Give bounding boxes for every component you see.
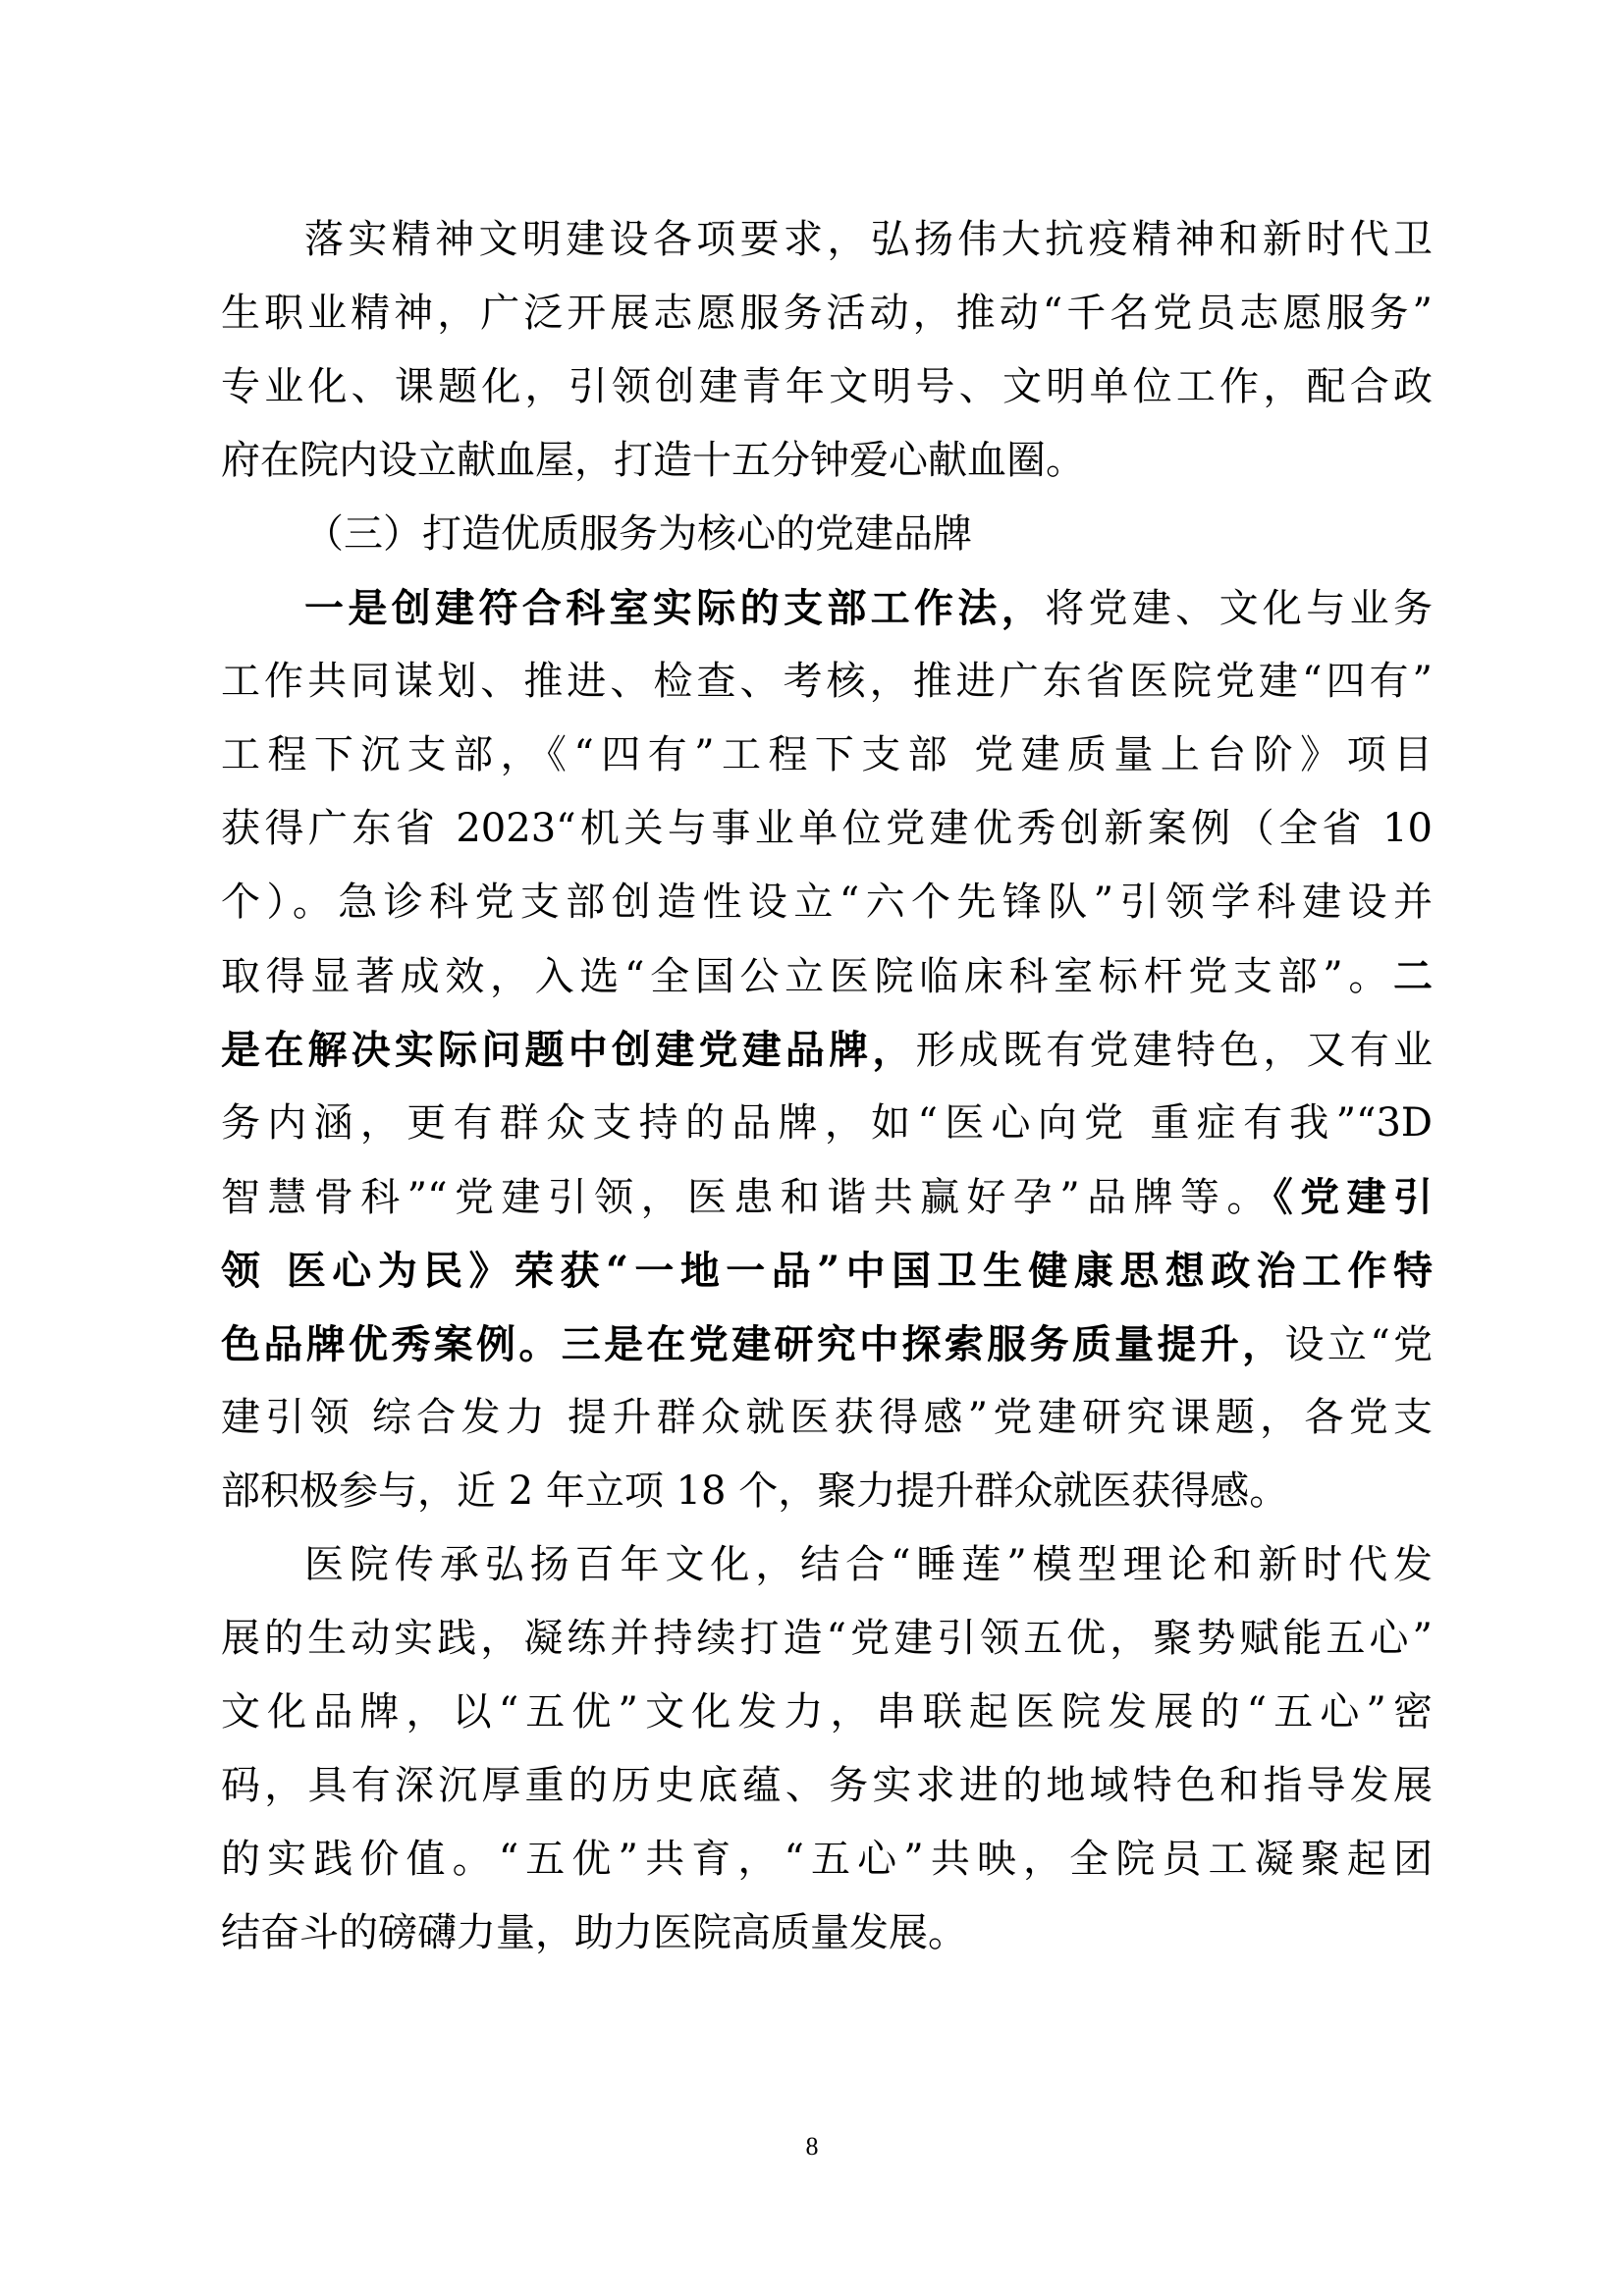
text-line: 专业化、课题化，引领创建青年文明号、文明单位工作，配合政	[221, 350, 1433, 424]
text-segment: 展的生动实践，凝练并持续打造“党建引领五优，聚势赋能五心”	[221, 1616, 1433, 1661]
paragraph: 落实精神文明建设各项要求，弘扬伟大抗疫精神和新时代卫生职业精神，广泛开展志愿服务…	[221, 203, 1433, 498]
text-line: 部积极参与，近 2 年立项 18 个，聚力提升群众就医获得感。	[221, 1455, 1433, 1528]
text-segment: 生职业精神，广泛开展志愿服务活动，推动“千名党员志愿服务”	[221, 291, 1433, 336]
text-segment: 设立“党	[1285, 1322, 1433, 1367]
page-number: 8	[0, 2130, 1624, 2163]
text-line: 一是创建符合科室实际的支部工作法，将党建、文化与业务	[221, 571, 1433, 645]
text-line: 生职业精神，广泛开展志愿服务活动，推动“千名党员志愿服务”	[221, 277, 1433, 350]
text-segment: 智慧骨科”“党建引领，医患和谐共赢好孕”品牌等。	[221, 1175, 1273, 1220]
text-segment: 形成既有党建特色，又有业	[916, 1028, 1433, 1073]
text-line: 工程下沉支部，《“四有”工程下支部 党建质量上台阶》项目	[221, 719, 1433, 792]
text-line: 的实践价值。“五优”共育，“五心”共映，全院员工凝聚起团	[221, 1823, 1433, 1896]
text-segment: 工作共同谋划、推进、检查、考核，推进广东省医院党建“四有”	[221, 659, 1433, 704]
text-segment: 落实精神文明建设各项要求，弘扬伟大抗疫精神和新时代卫	[304, 217, 1433, 262]
text-segment: 结奋斗的磅礴力量，助力医院高质量发展。	[221, 1910, 967, 1955]
text-line: 个）。急诊科党支部创造性设立“六个先锋队”引领学科建设并	[221, 866, 1433, 939]
text-segment: 个）。急诊科党支部创造性设立“六个先锋队”引领学科建设并	[221, 880, 1433, 925]
text-segment: （三）打造优质服务为核心的党建品牌	[304, 511, 972, 557]
text-line: 色品牌优秀案例。三是在党建研究中探索服务质量提升，设立“党	[221, 1308, 1433, 1381]
body-text: 落实精神文明建设各项要求，弘扬伟大抗疫精神和新时代卫生职业精神，广泛开展志愿服务…	[221, 203, 1433, 1970]
text-segment: 建引领 综合发力 提升群众就医获得感”党建研究课题，各党支	[221, 1395, 1433, 1440]
heading-line: （三）打造优质服务为核心的党建品牌	[221, 498, 1433, 571]
document-page: 落实精神文明建设各项要求，弘扬伟大抗疫精神和新时代卫生职业精神，广泛开展志愿服务…	[0, 0, 1624, 2296]
text-line: 建引领 综合发力 提升群众就医获得感”党建研究课题，各党支	[221, 1381, 1433, 1455]
paragraph: 医院传承弘扬百年文化，结合“睡莲”模型理论和新时代发展的生动实践，凝练并持续打造…	[221, 1528, 1433, 1970]
text-line: 获得广东省 2023“机关与事业单位党建优秀创新案例（全省 10	[221, 792, 1433, 866]
text-line: 码，具有深沉厚重的历史底蕴、务实求进的地域特色和指导发展	[221, 1749, 1433, 1823]
text-segment: 的实践价值。“五优”共育，“五心”共映，全院员工凝聚起团	[221, 1837, 1433, 1882]
bold-text-segment: 是在解决实际问题中创建党建品牌，	[221, 1027, 916, 1073]
text-segment: 取得显著成效，入选“全国公立医院临床科室标杆党支部”。	[221, 954, 1393, 999]
text-segment: 文化品牌，以“五优”文化发力，串联起医院发展的“五心”密	[221, 1689, 1433, 1735]
text-segment: 码，具有深沉厚重的历史底蕴、务实求进的地域特色和指导发展	[221, 1763, 1433, 1808]
text-line: 是在解决实际问题中创建党建品牌，形成既有党建特色，又有业	[221, 1013, 1433, 1087]
bold-text-segment: 《党建引	[1273, 1174, 1433, 1220]
bold-text-segment: 领 医心为民》荣获“一地一品”中国卫生健康思想政治工作特	[221, 1248, 1433, 1294]
text-line: 结奋斗的磅礴力量，助力医院高质量发展。	[221, 1896, 1433, 1970]
bold-text-segment: 色品牌优秀案例。三是在党建研究中探索服务质量提升，	[221, 1321, 1285, 1367]
text-segment: 府在院内设立献血屋，打造十五分钟爱心献血圈。	[221, 438, 1085, 483]
text-segment: 务内涵，更有群众支持的品牌，如“医心向党 重症有我”“3D	[221, 1100, 1433, 1146]
text-segment: 工程下沉支部，《“四有”工程下支部 党建质量上台阶》项目	[221, 732, 1433, 777]
text-segment: 获得广东省 2023“机关与事业单位党建优秀创新案例（全省 10	[221, 806, 1433, 851]
text-line: 智慧骨科”“党建引领，医患和谐共赢好孕”品牌等。《党建引	[221, 1160, 1433, 1234]
text-line: 府在院内设立献血屋，打造十五分钟爱心献血圈。	[221, 424, 1433, 498]
text-segment: 部积极参与，近 2 年立项 18 个，聚力提升群众就医获得感。	[221, 1468, 1288, 1514]
text-line: 文化品牌，以“五优”文化发力，串联起医院发展的“五心”密	[221, 1676, 1433, 1749]
text-line: 工作共同谋划、推进、检查、考核，推进广东省医院党建“四有”	[221, 645, 1433, 719]
section-heading: （三）打造优质服务为核心的党建品牌	[221, 498, 1433, 571]
text-line: 领 医心为民》荣获“一地一品”中国卫生健康思想政治工作特	[221, 1234, 1433, 1308]
text-line: 展的生动实践，凝练并持续打造“党建引领五优，聚势赋能五心”	[221, 1602, 1433, 1676]
paragraph: 一是创建符合科室实际的支部工作法，将党建、文化与业务工作共同谋划、推进、检查、考…	[221, 571, 1433, 1528]
text-line: 医院传承弘扬百年文化，结合“睡莲”模型理论和新时代发	[221, 1528, 1433, 1602]
text-segment: 专业化、课题化，引领创建青年文明号、文明单位工作，配合政	[221, 364, 1433, 409]
text-line: 取得显著成效，入选“全国公立医院临床科室标杆党支部”。二	[221, 939, 1433, 1013]
bold-text-segment: 一是创建符合科室实际的支部工作法，	[304, 585, 1045, 631]
text-line: 落实精神文明建设各项要求，弘扬伟大抗疫精神和新时代卫	[221, 203, 1433, 277]
text-segment: 将党建、文化与业务	[1045, 586, 1433, 631]
text-line: 务内涵，更有群众支持的品牌，如“医心向党 重症有我”“3D	[221, 1087, 1433, 1160]
text-segment: 医院传承弘扬百年文化，结合“睡莲”模型理论和新时代发	[304, 1542, 1433, 1587]
bold-text-segment: 二	[1393, 953, 1433, 999]
